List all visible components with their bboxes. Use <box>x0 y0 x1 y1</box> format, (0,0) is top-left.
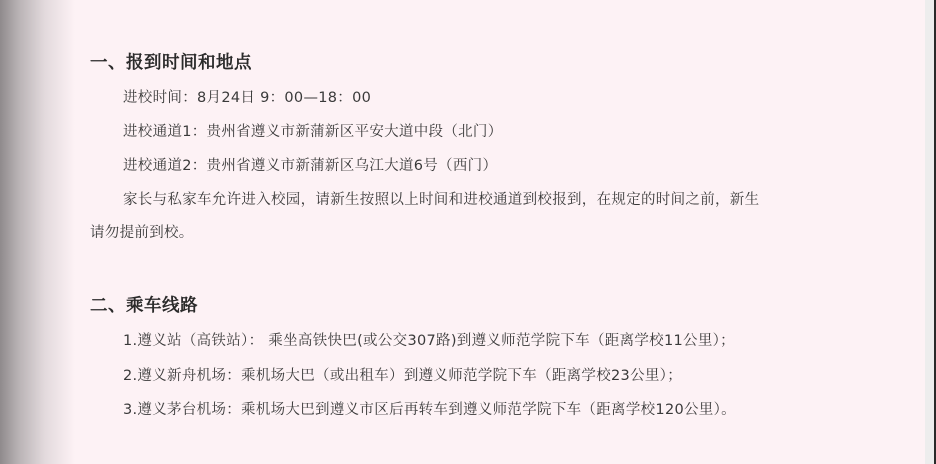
route-item-3: 3.遵义茅台机场：乘机场大巴到遵义市区后再转车到遵义师范学院下车（距离学校120… <box>123 398 736 419</box>
section-heading-registration: 一、报到时间和地点 <box>90 49 252 74</box>
notice-paragraph-line-2: 请勿提前到校。 <box>90 221 194 242</box>
entry-gate-2-line: 进校通道2：贵州省遵义市新蒲新区乌江大道6号（西门） <box>123 154 497 175</box>
entry-gate-1-line: 进校通道1：贵州省遵义市新蒲新区平安大道中段（北门） <box>123 120 503 141</box>
scrollbar-track[interactable] <box>925 0 934 464</box>
route-item-1: 1.遵义站（高铁站）： 乘坐高铁快巴(或公交307路)到遵义师范学院下车（距离学… <box>123 329 735 350</box>
section-heading-transport: 二、乘车线路 <box>90 292 198 317</box>
notice-paragraph-line-1: 家长与私家车允许进入校园，请新生按照以上时间和进校通道到校报到，在规定的时间之前… <box>123 188 759 209</box>
document-page: 一、报到时间和地点 进校时间：8月24日 9：00—18：00 进校通道1：贵州… <box>0 0 925 464</box>
route-item-2: 2.遵义新舟机场：乘机场大巴（或出租车）到遵义师范学院下车（距离学校23公里）； <box>123 364 682 385</box>
entry-time-line: 进校时间：8月24日 9：00—18：00 <box>123 86 371 107</box>
